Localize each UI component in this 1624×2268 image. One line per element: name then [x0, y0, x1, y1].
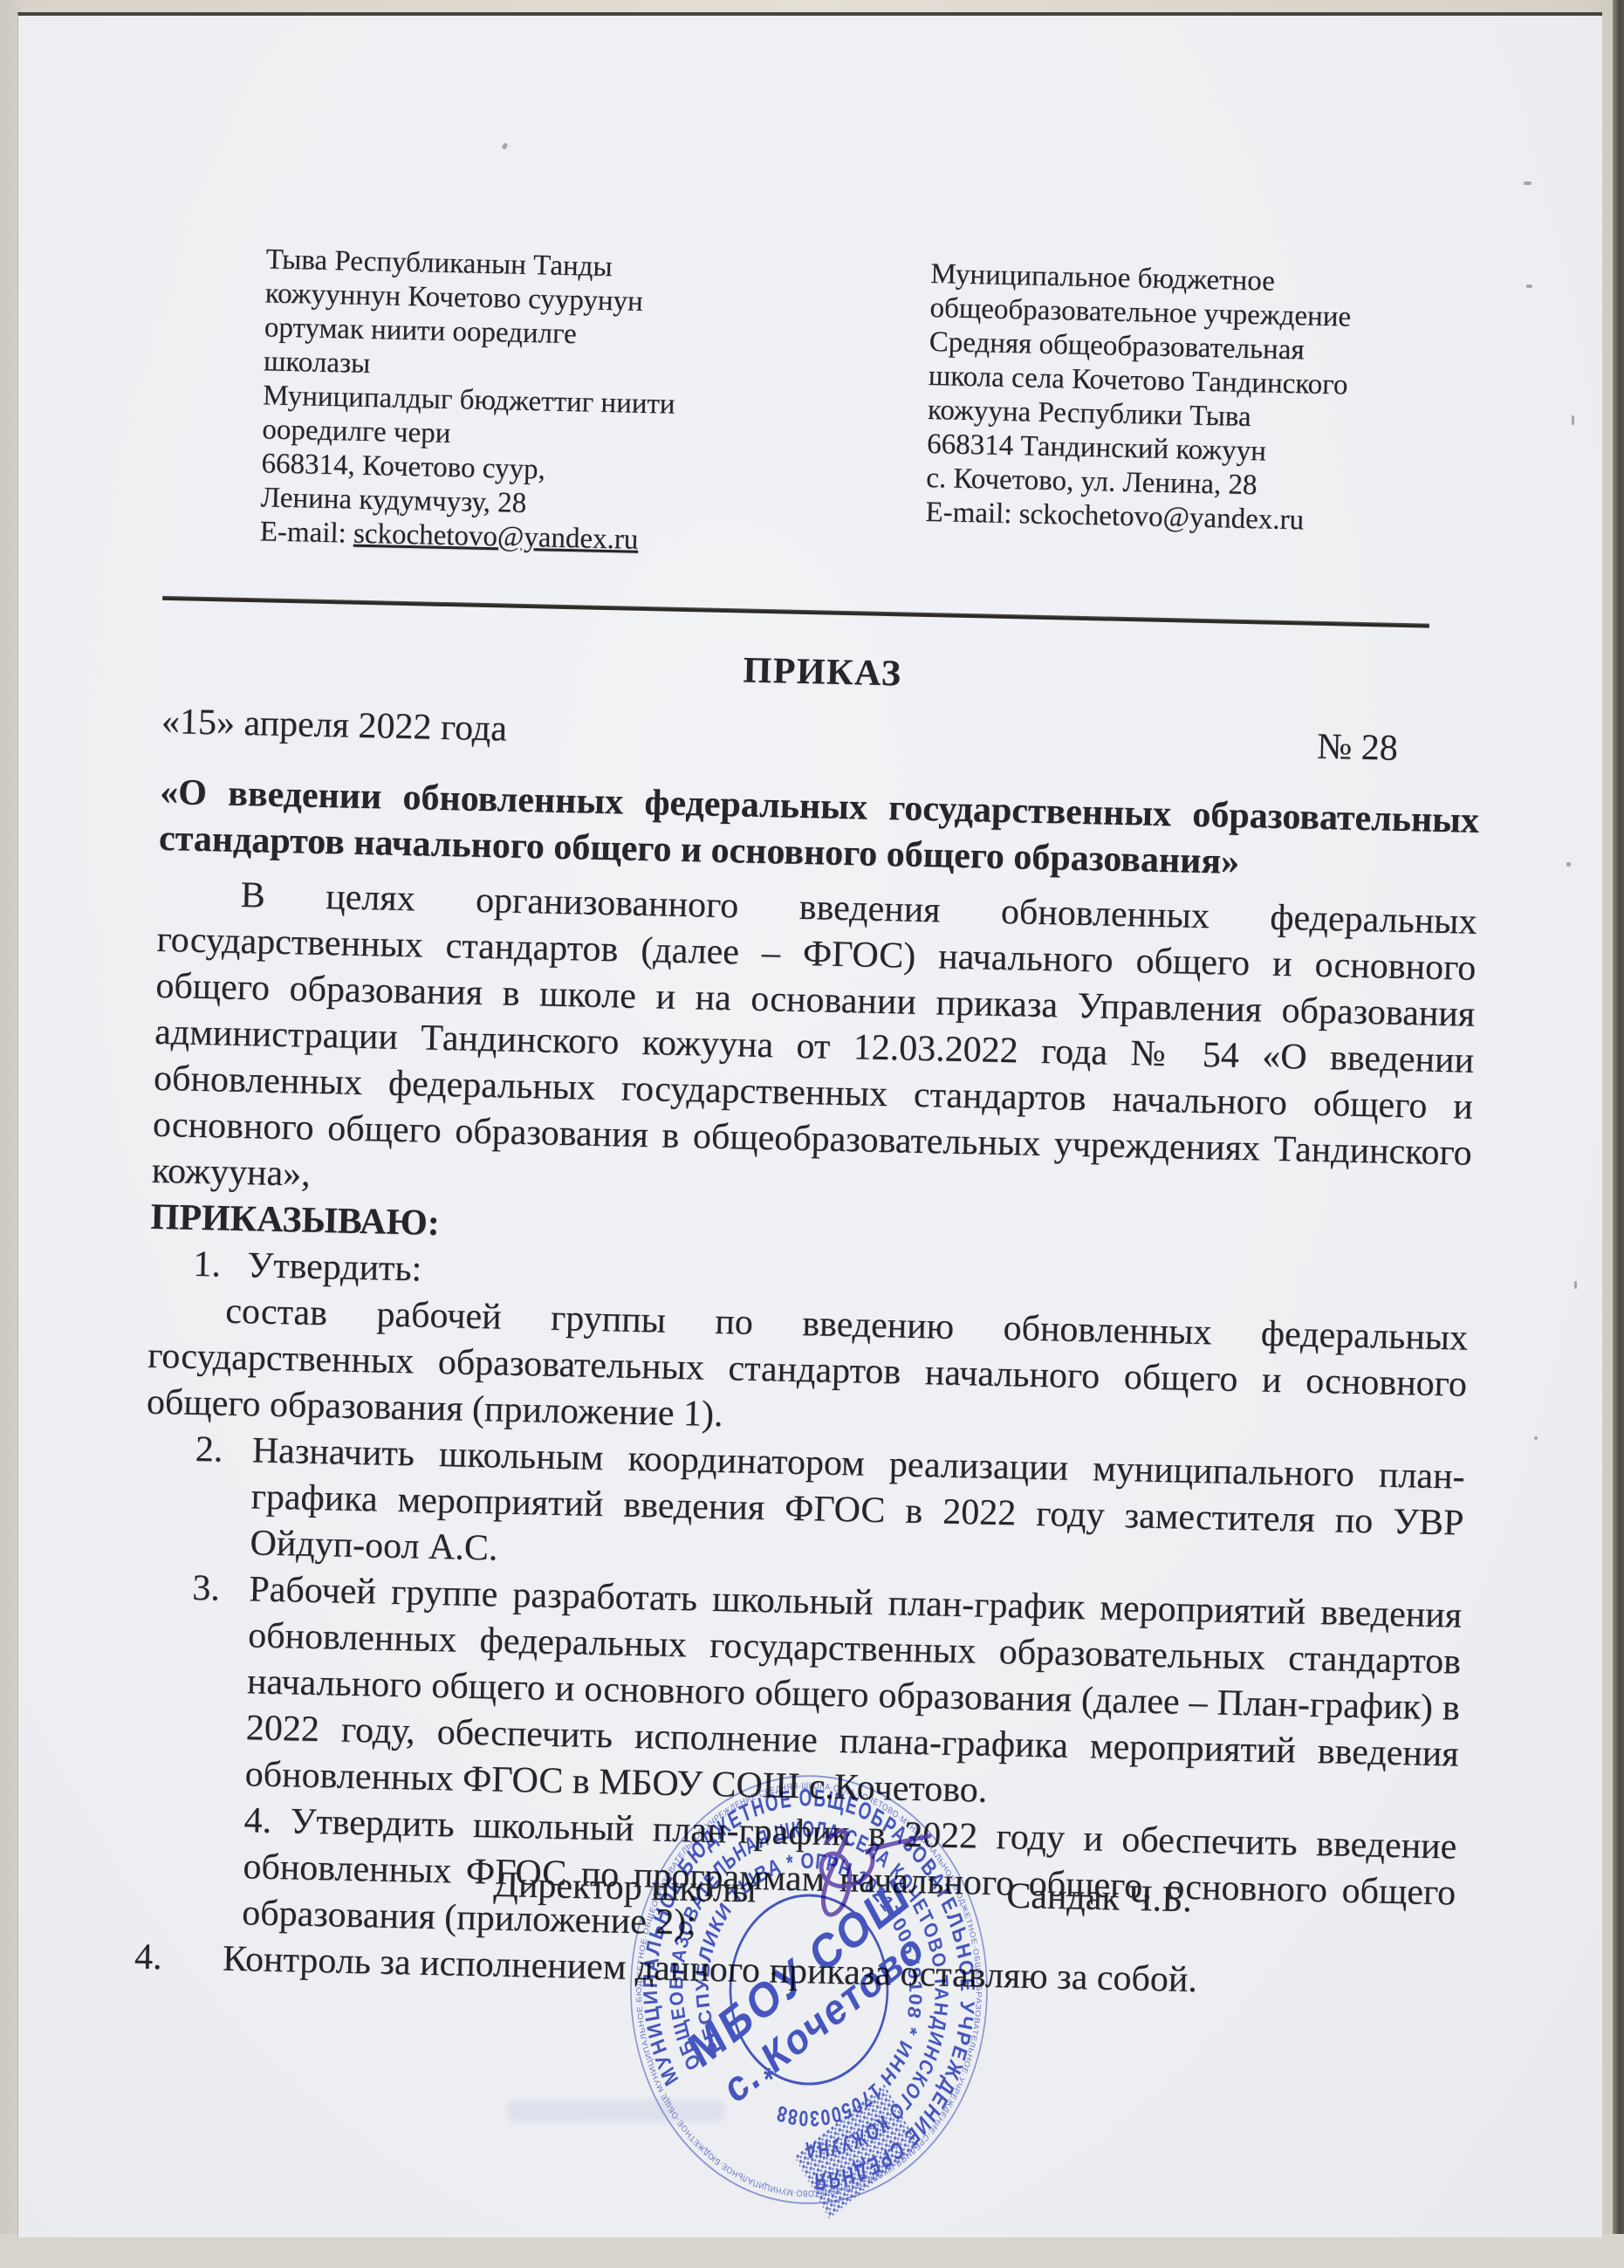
item-number: 4. [134, 1935, 223, 1983]
document-page: Тыва Республиканын Танды кожууннун Кочет… [17, 12, 1602, 2234]
email-address: sckochetovo@yandex.ru [353, 518, 639, 556]
letterhead-tuvan: Тыва Республиканын Танды кожууннун Кочет… [259, 243, 687, 558]
date-number-row: «15» апреля 2022 года № 28 [161, 699, 1482, 774]
item-text: Назначить школьным координатором реализа… [250, 1428, 1465, 1593]
order-date: «15» апреля 2022 года [161, 699, 508, 753]
document-title: ПРИКАЗ [162, 635, 1483, 710]
scan-speck [1572, 415, 1574, 425]
email-label: E-mail: [259, 516, 353, 549]
scan-edge-shadow [1613, 0, 1624, 2234]
horizontal-rule [162, 596, 1429, 628]
letterhead-russian: Муниципальное бюджетное общеобразователь… [924, 257, 1394, 573]
item-number: 3. [188, 1566, 250, 1798]
stamp-star: * [764, 2063, 774, 2098]
scan-speck [1534, 1436, 1538, 1440]
scan-speck [1574, 1281, 1577, 1289]
item-label: Утвердить: [247, 1243, 422, 1292]
school-stamp: МУНИЦИПАЛЬНОЕ·БЮДЖЕТНОЕ·ОБЩЕОБРАЗОВАТЕЛЬ… [591, 1737, 1027, 2234]
scan-speck [1526, 284, 1532, 288]
letterhead: Тыва Республиканын Танды кожууннун Кочет… [165, 16, 1496, 576]
scan-speck [1566, 862, 1571, 867]
order-subject: «О введении обновленных федеральных госу… [159, 770, 1480, 891]
item-number: 2. [193, 1427, 252, 1566]
letterhead-line: ортумак ниити ооредилге школазы [264, 311, 686, 387]
order-number: № 28 [1317, 724, 1482, 774]
scan-speck [1524, 182, 1531, 185]
scan-smudge [507, 2100, 725, 2122]
signature-name: Сандак Ч.Б. [1006, 1875, 1192, 1922]
order-preamble: В целях организованного введения обновле… [151, 871, 1477, 1223]
item-number: 1. [193, 1242, 248, 1289]
